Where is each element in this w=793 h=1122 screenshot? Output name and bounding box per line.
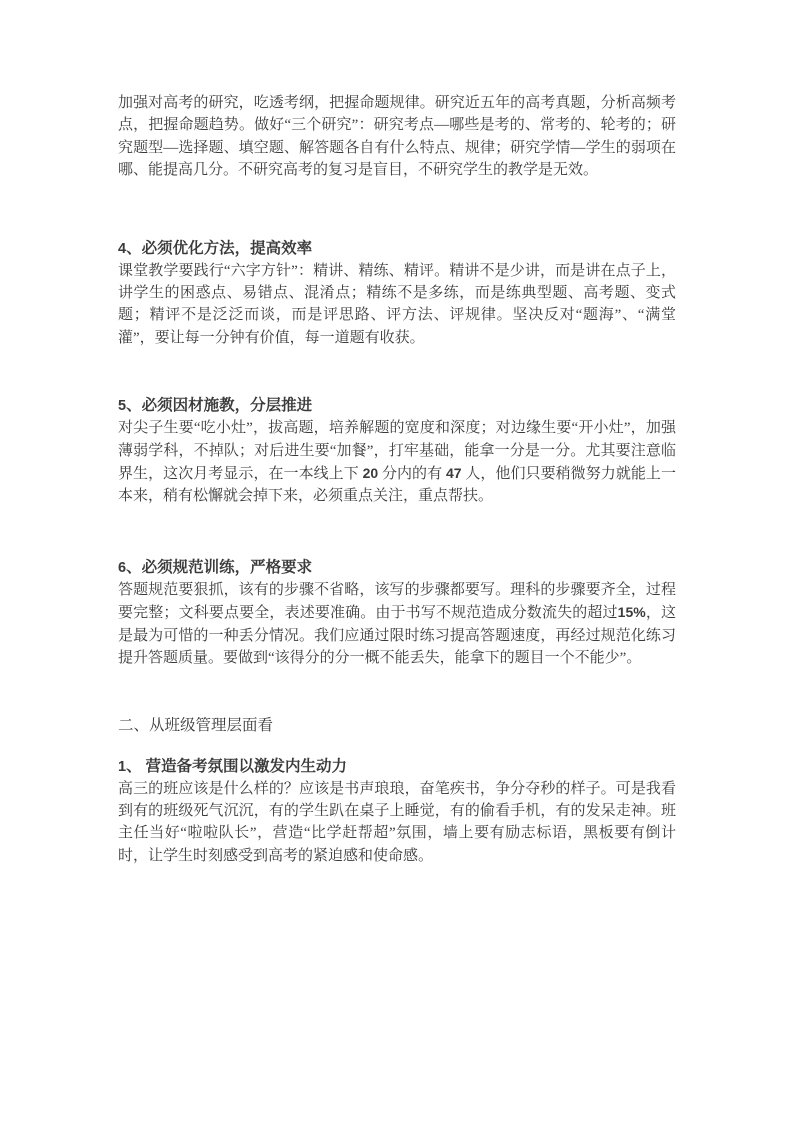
part-2-section-1-number: 1	[118, 759, 126, 775]
section-4-paragraph: 课堂教学要践行“六字方针”：精讲、精练、精评。精讲不是少讲，而是讲在点子上，讲学…	[118, 260, 676, 350]
points-range-value: 20	[363, 465, 379, 481]
text-run: 答题规范要狠抓，该有的步骤不省略，该写的步骤都要写。理科的步骤要齐全，过程要完整…	[118, 582, 676, 621]
section-4-number: 4	[118, 241, 126, 257]
part-2-section-1-heading: 1、 营造备考氛围以激发内生动力	[118, 756, 676, 778]
part-2-section-1-paragraph: 高三的班应该是什么样的？应该是书声琅琅，奋笔疾书，争分夺秒的样子。可是我看到有的…	[118, 778, 676, 868]
section-6-paragraph: 答题规范要狠抓，该有的步骤不省略，该写的步骤都要写。理科的步骤要齐全，过程要完整…	[118, 579, 676, 670]
document-content: 加强对高考的研究，吃透考纲，把握命题规律。研究近五年的高考真题，分析高频考点，把…	[118, 92, 676, 867]
section-5-heading: 5、必须因材施教，分层推进	[118, 395, 676, 417]
section-4-heading: 4、必须优化方法，提高效率	[118, 238, 676, 260]
intro-paragraph: 加强对高考的研究，吃透考纲，把握命题规律。研究近五年的高考真题，分析高频考点，把…	[118, 92, 676, 182]
section-5-paragraph: 对尖子生要“吃小灶”，拔高题，培养解题的宽度和深度；对边缘生要“开小灶”，加强薄…	[118, 417, 676, 508]
section-6-number: 6	[118, 560, 126, 576]
section-6-title: 、必须规范训练，严格要求	[126, 559, 312, 576]
section-5-title: 、必须因材施教，分层推进	[126, 397, 312, 414]
text-run: 分内的有	[378, 466, 446, 482]
document-page: 加强对高考的研究，吃透考纲，把握命题规律。研究近五年的高考真题，分析高频考点，把…	[0, 0, 793, 1122]
part-2-heading: 二、从班级管理层面看	[118, 715, 676, 737]
part-2-section-1-title: 、 营造备考氛围以激发内生动力	[126, 758, 347, 775]
student-count-value: 47	[446, 465, 462, 481]
section-6-heading: 6、必须规范训练，严格要求	[118, 557, 676, 579]
percent-loss-value: 15%	[618, 604, 646, 620]
section-4-title: 、必须优化方法，提高效率	[126, 240, 312, 257]
section-5-number: 5	[118, 398, 126, 414]
